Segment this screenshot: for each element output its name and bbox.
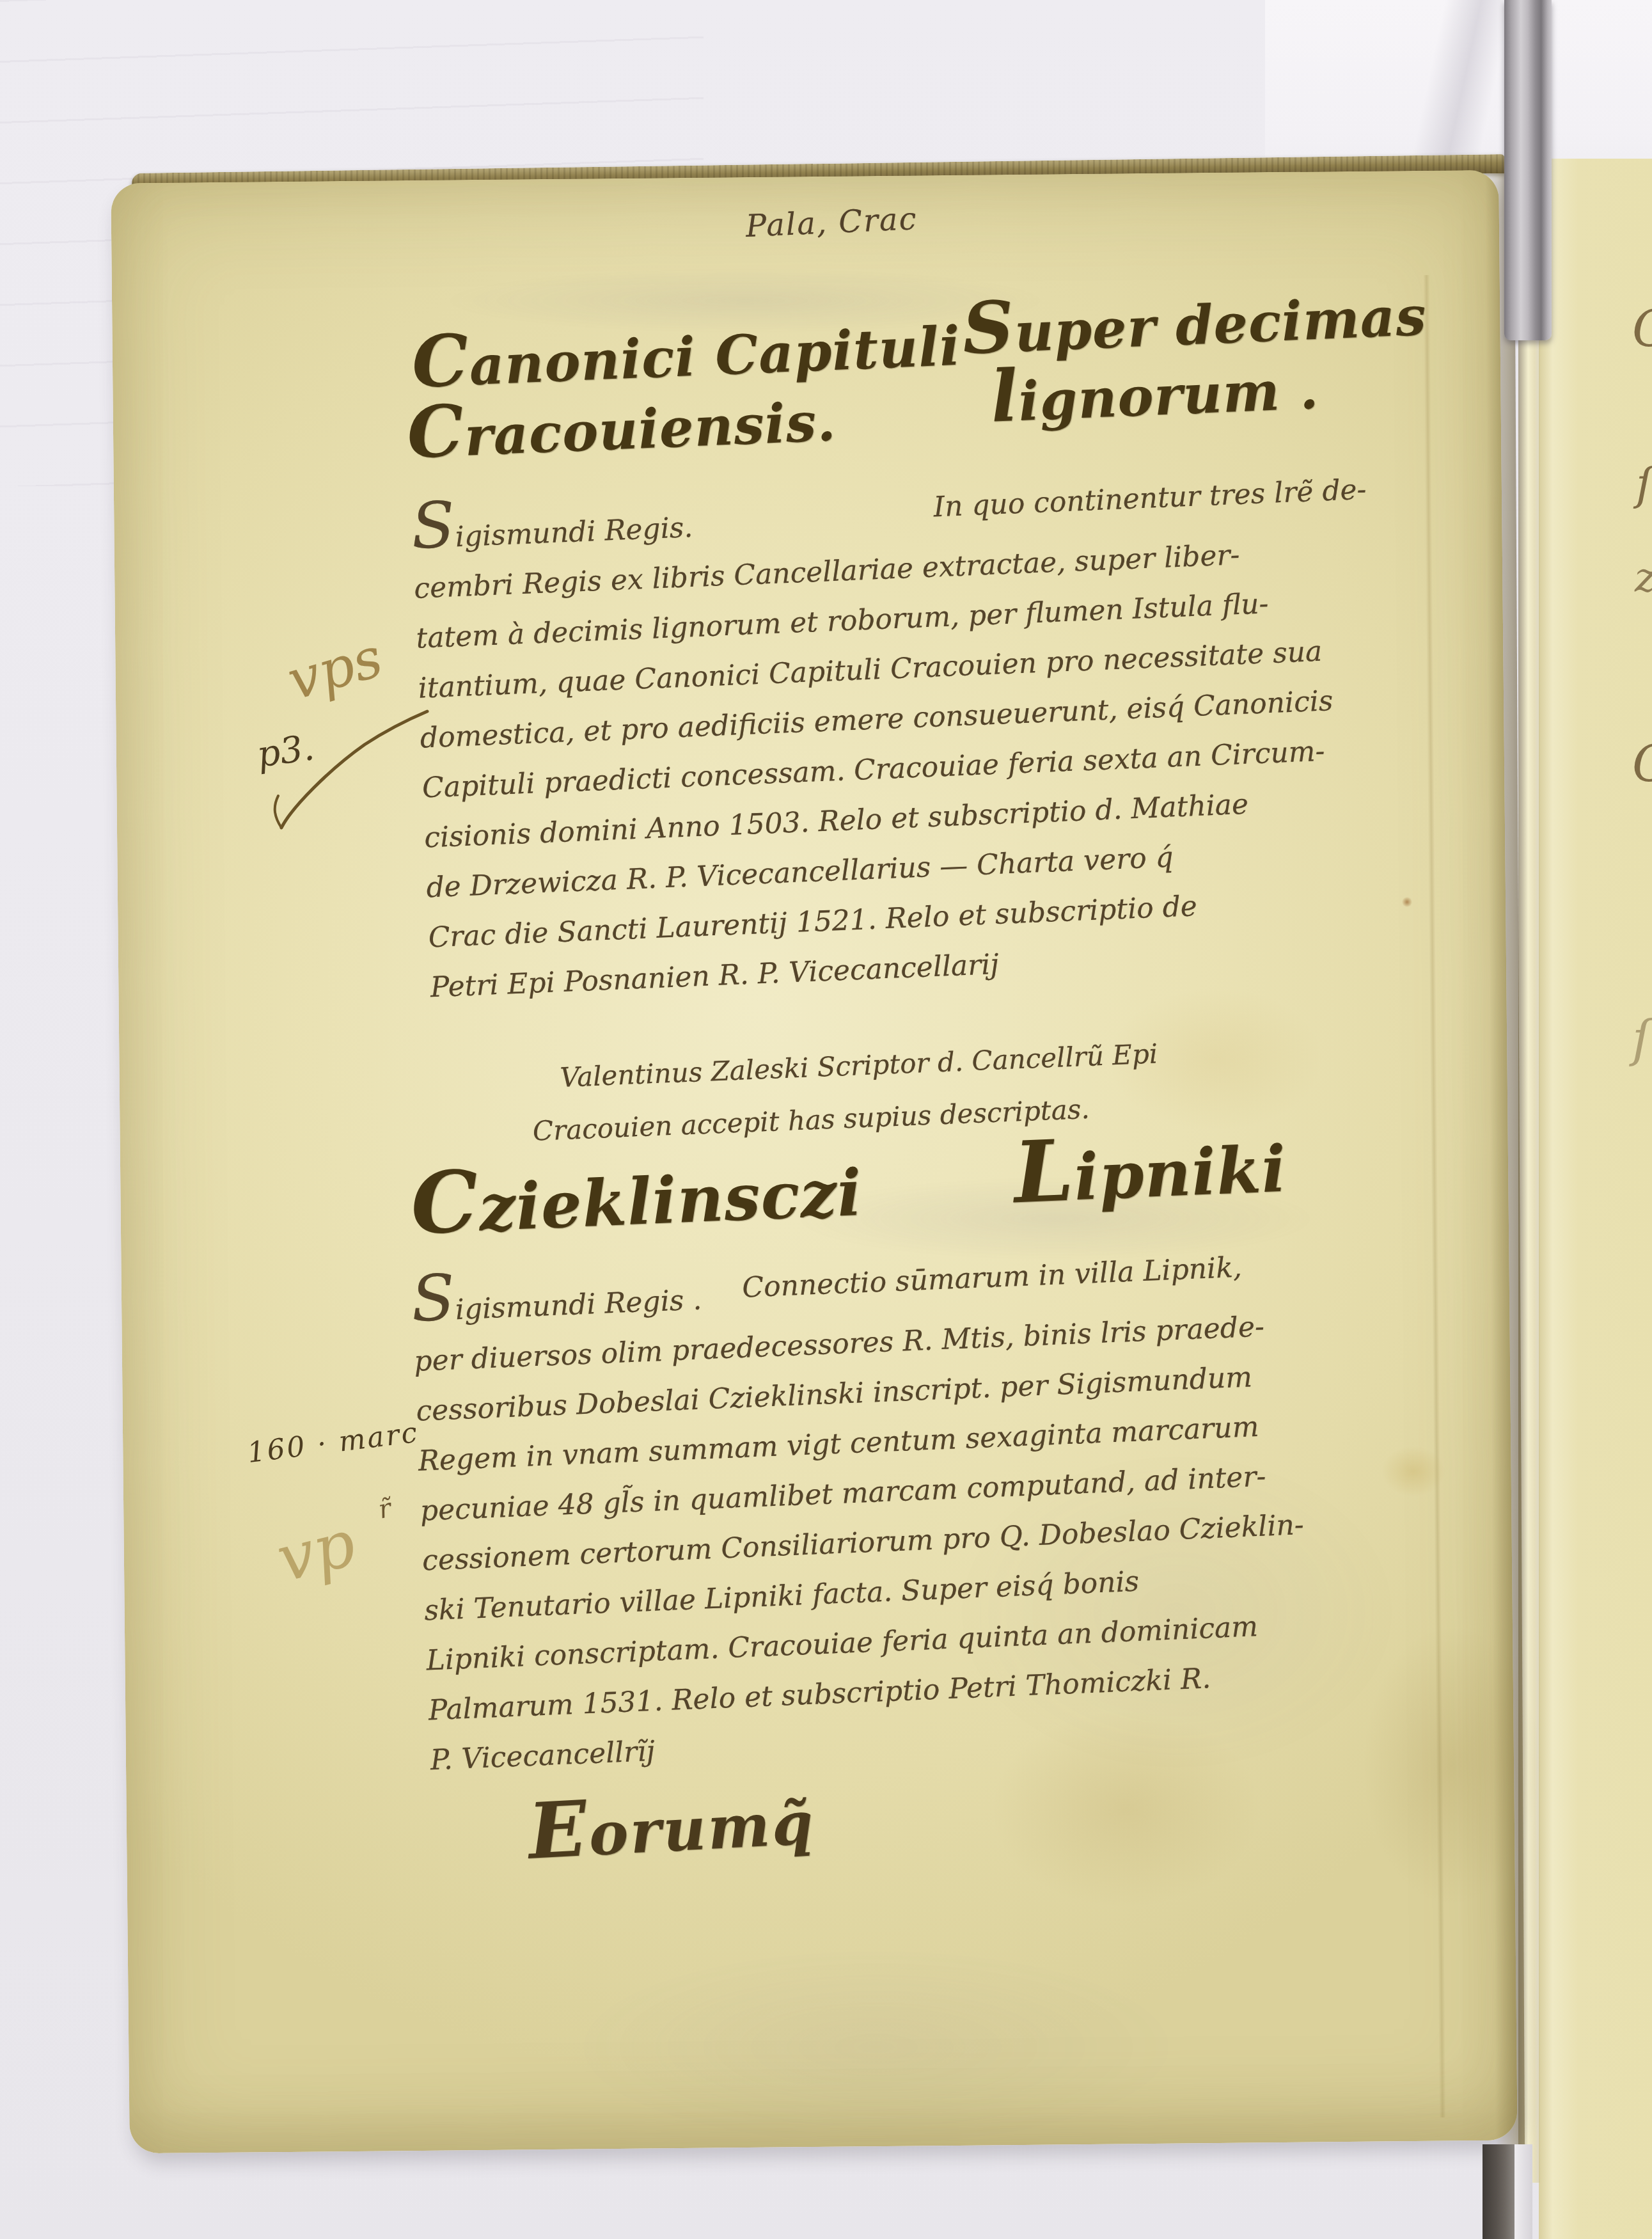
section2-intro-left: Sigismundi Regis .: [411, 1265, 703, 1337]
rust-spot: [1402, 897, 1412, 907]
facing-page-glyph-fragment: C: [1632, 736, 1652, 793]
clamp-bottom-strip: [1483, 2144, 1514, 2239]
section1-title-right-line2: lignorum .: [989, 349, 1320, 438]
section2-title-right: Lipniki: [1012, 1121, 1288, 1221]
facing-page-glyph-fragment: ſ: [1636, 458, 1652, 510]
facing-page: [1539, 159, 1652, 2239]
facing-page-glyph-fragment: C: [1632, 301, 1652, 358]
section2-body: Sigismundi Regis . Connectio sūmarum in …: [411, 1237, 1396, 1785]
section1-intro-left: Sigismundi Regis.: [411, 493, 694, 564]
facing-page-glyph-fragment: z: [1635, 554, 1652, 601]
scanner-bed: Pala, Crac Canonici Capituli Cracouiensi…: [0, 0, 1652, 2239]
margin-pen-flourish: [267, 690, 440, 850]
section2-title-left: Czieklinsczi: [409, 1144, 864, 1253]
facing-page-glyph-fragment: ſ: [1632, 1011, 1651, 1068]
clamp-highlight: [1514, 2144, 1532, 2239]
ink-showthrough: [563, 1945, 1190, 2149]
page-clamp-bar: [1504, 0, 1552, 340]
catchword: Eorumq̃: [526, 1772, 817, 1876]
foxing-stain: [1381, 1446, 1445, 1497]
section1-body: Sigismundi Regis. In quo continentur tre…: [411, 464, 1390, 1013]
